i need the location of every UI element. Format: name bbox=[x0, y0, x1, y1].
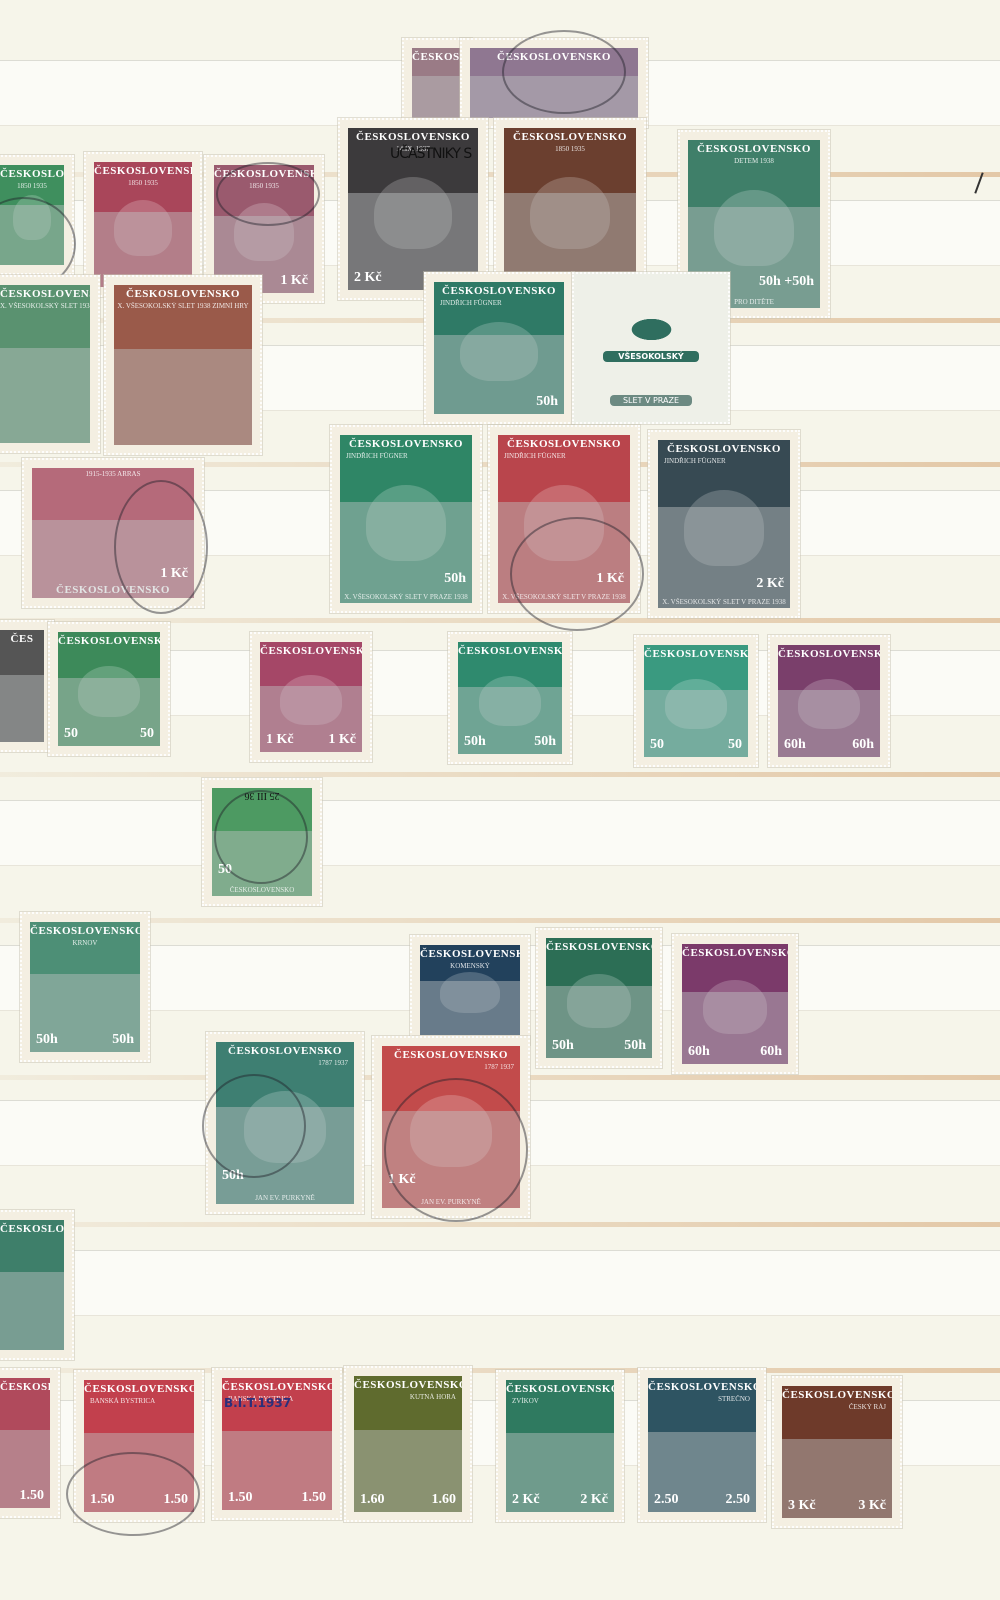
glare bbox=[0, 348, 90, 443]
stamp-country: ČESKOSLOVENSKO bbox=[340, 435, 472, 450]
stamp[interactable]: ČESKOSLOVENSKO1915-1935 ARRAS1 Kč bbox=[22, 458, 204, 608]
stamp-subtitle: X. VŠESOKOLSKÝ SLET 1938 ZIMNÍ HRY bbox=[114, 302, 252, 310]
glare bbox=[0, 1272, 64, 1350]
stamp-value: 1.50 bbox=[20, 1488, 45, 1504]
stamp-country: ČES bbox=[0, 630, 44, 645]
stamp-country: ČESKOSLOVENSKO bbox=[30, 922, 140, 937]
stamp-country: ČESKOSLOVENSKO bbox=[94, 162, 192, 177]
stamp-face: ČESKOSLOVENSKO bbox=[0, 1220, 64, 1350]
postmark-date: 25 III 36 bbox=[212, 790, 312, 801]
glare bbox=[0, 675, 44, 742]
glare bbox=[658, 507, 790, 608]
stamp-value-left: 2.50 bbox=[654, 1492, 679, 1508]
stamp-country: ČESKOSLOVENSKO bbox=[0, 1220, 64, 1235]
stamp-subtitle: 1915-1935 ARRAS bbox=[32, 470, 194, 478]
stamp-subtitle: 1850 1935 bbox=[214, 182, 314, 190]
stamp[interactable]: ČESKOSLOVENSKOX. VŠESOKOLSKÝ SLET 1938 bbox=[0, 275, 100, 453]
stamp-value: 1 Kč bbox=[280, 273, 308, 289]
stamp-country: ČESKOSLOVENSKO bbox=[214, 165, 314, 180]
stamp[interactable]: ČESKOSLOVENSKO1787 193750hJAN EV. PURKYN… bbox=[206, 1032, 364, 1214]
overprint-text: B.I.T.1937 bbox=[224, 1396, 291, 1410]
stamp-face: ČESKOSLOVENSKO1850 1935 bbox=[94, 162, 192, 287]
stamp-value: 50h bbox=[112, 1032, 134, 1048]
eagle-icon bbox=[617, 311, 686, 348]
stamp-country: ČESKOSLOVENSKO bbox=[222, 1378, 332, 1393]
stamp-country: ČESKOSLOVENSKO bbox=[504, 128, 636, 143]
glare bbox=[114, 349, 252, 445]
stamp-face: ČESKOSLOVENSKO1915-1935 ARRAS1 Kč bbox=[32, 468, 194, 598]
stamp-value: 2 Kč bbox=[756, 576, 784, 592]
stamp-value: 2.50 bbox=[726, 1492, 751, 1508]
stamp-value: 1 Kč bbox=[160, 566, 188, 582]
stamp[interactable]: ČESKOSLOVENSKOJINDŘICH FÜGNER2 KčX. VŠES… bbox=[648, 430, 800, 618]
stamp-face: ČESKOSLOVENSKOZVÍKOV2 Kč2 Kč bbox=[506, 1380, 614, 1512]
stamp-country: ČESKOSLOVENSKO bbox=[0, 1378, 50, 1393]
stamp-subtitle: ČESKÝ RÁJ bbox=[782, 1403, 892, 1411]
stamp-value: 60h bbox=[760, 1044, 782, 1060]
sokol-banner: VŠESOKOLSKÝ bbox=[603, 351, 700, 362]
stamp-face: ČESKOSLOVENSKOKRNOV50h50h bbox=[30, 922, 140, 1052]
stamp-country: ČESKOSLOVENSKO bbox=[498, 435, 630, 450]
stamp-country: ČESKOSLOVENSKO bbox=[434, 282, 564, 297]
stamp-face: ČESKOSLOVENSKO1 Kč1 Kč bbox=[260, 642, 362, 752]
stamp-country: ČESKOSLOVENSKO bbox=[658, 440, 790, 455]
glare bbox=[216, 1107, 354, 1204]
handstamp-overprint: UČASTNIKY S bbox=[390, 146, 471, 162]
glare bbox=[340, 502, 472, 603]
stamp-caption: X. VŠESOKOLSKÝ SLET V PRAZE 1938 bbox=[658, 598, 790, 606]
stamp-caption: X. VŠESOKOLSKÝ SLET V PRAZE 1938 bbox=[498, 593, 630, 601]
stamp-country: ČESKOSLOVENSKO bbox=[382, 1046, 520, 1061]
stamp-value-left: 3 Kč bbox=[788, 1498, 816, 1514]
stamp[interactable]: 25 III 3650ČESKOSLOVENSKO bbox=[202, 778, 322, 906]
stamp[interactable]: ČESKOSLOVENSKO50h50h bbox=[536, 928, 662, 1068]
stamp-value-left: 50h bbox=[464, 734, 486, 750]
stamp-face: ČESKOSLOVENSKO5050 bbox=[58, 632, 160, 746]
stamp-country: ČESKOSLOVENSKO bbox=[682, 944, 788, 959]
stamp-subtitle: 1787 1937 bbox=[216, 1059, 354, 1067]
stamp[interactable]: ČESKOSLOVENSKOJINDŘICH FÜGNER50hX. VŠESO… bbox=[330, 425, 482, 613]
stamp-value: 50h +50h bbox=[759, 274, 814, 290]
stamp-country: ČESKOSLOVENSKO bbox=[348, 128, 478, 143]
album-strip-edge bbox=[0, 1222, 1000, 1227]
stamp[interactable]: ČESKOSLOVENSKOKUTNÁ HORA1.601.60 bbox=[344, 1366, 472, 1522]
stamp-country: ČESKOSLOVENSKO bbox=[58, 632, 160, 647]
stamp[interactable]: ČESKOSLOVENSKO1850 1935 bbox=[0, 155, 74, 275]
stamp-country: ČESKOSLOVENSKO bbox=[506, 1380, 614, 1395]
stamp-value-left: 50h bbox=[36, 1032, 58, 1048]
stamp[interactable]: ČESKOSLOVENSKO1787 19371 KčJAN EV. PURKY… bbox=[372, 1036, 530, 1218]
stamp-face: ČESKOSLOVENSKO50h50h bbox=[458, 642, 562, 754]
stamp-value: 1.50 bbox=[302, 1490, 327, 1506]
stamp-subtitle: BANSKÁ BYSTRICA bbox=[84, 1397, 194, 1405]
stamp-face: ČESKOSLOVENSKO1850 1935 bbox=[504, 128, 636, 290]
stamp-subtitle: KOMENSKÝ bbox=[420, 962, 520, 970]
stamp-face: ČESKOSLOVENSKOX. VŠESOKOLSKÝ SLET 1938 Z… bbox=[114, 285, 252, 445]
stamp-value: 1 Kč bbox=[596, 571, 624, 587]
stamp[interactable]: ČESKOSLOVENSKO bbox=[460, 38, 648, 128]
stamp-value: 50h bbox=[536, 394, 558, 410]
stamp-subtitle: JINDŘICH FÜGNER bbox=[340, 452, 472, 460]
album-strip-edge bbox=[0, 772, 1000, 777]
stamp-value: 50 bbox=[218, 862, 232, 878]
stamp[interactable]: ČESKOSLOVENSKO50h50h bbox=[448, 632, 572, 764]
stamp-caption: JAN EV. PURKYNĚ bbox=[216, 1194, 354, 1202]
stamp-caption: ČESKOSLOVENSKO bbox=[212, 886, 312, 894]
stamp-subtitle: ZVÍKOV bbox=[506, 1397, 614, 1405]
stamp-value: 1.50 bbox=[164, 1492, 189, 1508]
stamp-face: ČESKOSLOVENSKOKUTNÁ HORA1.601.60 bbox=[354, 1376, 462, 1512]
stamp-face: ČESKOSLOVENSKO50h50h bbox=[546, 938, 652, 1058]
stamp-value-left: 1.60 bbox=[360, 1492, 385, 1508]
stamp-subtitle: DETEM 1938 bbox=[688, 157, 820, 165]
stamp-value: 50 bbox=[728, 737, 742, 753]
stamp[interactable]: ČESKOSLOVENSKOBANSKÁ BYSTRICA1.501.50 B.… bbox=[212, 1368, 342, 1520]
stamp-face: 25 III 3650ČESKOSLOVENSKO bbox=[212, 788, 312, 896]
glare bbox=[32, 520, 194, 598]
stamp-face: ČESKOSLOVENSKOJINDŘICH FÜGNER1 KčX. VŠES… bbox=[498, 435, 630, 603]
stamp-face: ČESKOSLOVENSKOSTREČNO2.502.50 bbox=[648, 1378, 756, 1512]
glare bbox=[382, 1111, 520, 1208]
slet-banner: SLET V PRAZE bbox=[610, 395, 693, 406]
album-strip-edge bbox=[0, 918, 1000, 923]
stamp-country: ČESKOSLOVENSKO bbox=[420, 945, 520, 960]
stamp-value: 3 Kč bbox=[858, 1498, 886, 1514]
stamp-value: 2 Kč bbox=[354, 270, 382, 286]
stamp[interactable]: ČESKOSLOVENSKOX. VŠESOKOLSKÝ SLET 1938 Z… bbox=[104, 275, 262, 455]
stamp-value: 60h bbox=[852, 737, 874, 753]
glare bbox=[420, 981, 520, 1035]
stamp-subtitle: X. VŠESOKOLSKÝ SLET 1938 bbox=[0, 302, 90, 310]
stamp-face: ČESKOSLOVENSKOX. VŠESOKOLSKÝ SLET 1938 bbox=[0, 285, 90, 443]
stamp-value: 50h bbox=[222, 1168, 244, 1184]
stamp[interactable]: ČESKOSLOVENSKOZVÍKOV2 Kč2 Kč bbox=[496, 1370, 624, 1522]
album-strip bbox=[0, 800, 1000, 866]
stamp[interactable]: ČESKOSLOVENSKOJINDŘICH FÜGNER1 KčX. VŠES… bbox=[488, 425, 640, 613]
stamp-face: ČESKOSLOVENSKOJINDŘICH FÜGNER50h bbox=[434, 282, 564, 414]
stamp-subtitle: KUTNÁ HORA bbox=[354, 1393, 462, 1401]
stamp-value-left: 50 bbox=[650, 737, 664, 753]
stamp-value-left: 60h bbox=[784, 737, 806, 753]
stamp[interactable]: ČESKOSLOVENSKO60h60h bbox=[672, 934, 798, 1074]
stamp-face: ČESKOSLOVENSKOČESKÝ RÁJ3 Kč3 Kč bbox=[782, 1386, 892, 1518]
stamp[interactable]: ČES bbox=[0, 620, 54, 752]
stamp[interactable]: ČESKOSLOVENSKO5050 bbox=[48, 622, 170, 756]
stamp-value-left: 50h bbox=[552, 1038, 574, 1054]
stamp-country: ČESKOSLOVENSKO bbox=[354, 1376, 462, 1391]
stamp-country: ČESKOSLOVENSKO bbox=[470, 48, 638, 63]
stamp-value: 1 Kč bbox=[388, 1172, 416, 1188]
stamp-face: ČESKOSLOVENSKO1850 1935 bbox=[0, 165, 64, 265]
stamp-face: ČESKOSLOVENSKO1787 193750hJAN EV. PURKYN… bbox=[216, 1042, 354, 1204]
stamp[interactable]: ČESKOSLOVENSKOSTREČNO2.502.50 bbox=[638, 1368, 766, 1522]
stamp[interactable]: ČESKOSLOVENSKO60h60h bbox=[768, 635, 890, 767]
stamp-country: ČESKOSLOVENSKO bbox=[0, 285, 90, 300]
stamp-face: ČESKOSLOVENSKOBANSKÁ BYSTRICA1.501.50 bbox=[84, 1380, 194, 1512]
stamp-face: ČESKOSLOVENSKO60h60h bbox=[682, 944, 788, 1064]
stamp-value: 2 Kč bbox=[580, 1492, 608, 1508]
stamp-subtitle: JINDŘICH FÜGNER bbox=[498, 452, 630, 460]
stamp-face: ČESKOSLOVENSKO bbox=[412, 48, 462, 118]
glare bbox=[498, 502, 630, 603]
album-strip bbox=[0, 1250, 1000, 1316]
glare bbox=[0, 205, 64, 265]
stamp-face: ČESKOSLOVENSKO1787 19371 KčJAN EV. PURKY… bbox=[382, 1046, 520, 1208]
stamp[interactable]: ČESKOSLOVENSKOKOMENSKÝ bbox=[410, 935, 530, 1045]
stamp-country: ČESKOSLOVENSKO bbox=[688, 140, 820, 155]
stamp-face: ČES bbox=[0, 630, 44, 742]
stamp-country: ČESKOSLOVENSKO bbox=[546, 938, 652, 953]
stamp-value: 50h bbox=[624, 1038, 646, 1054]
stamp-country: ČESKOSLOVENSKO bbox=[644, 645, 748, 660]
stamp-country: ČESKOSLOVENSKO bbox=[648, 1378, 756, 1393]
stamp-caption: X. VŠESOKOLSKÝ SLET V PRAZE 1938 bbox=[340, 593, 472, 601]
stamp[interactable]: ČESKOSLOVENSKOJINDŘICH FÜGNER50h bbox=[424, 272, 574, 424]
stamp-country: ČESKOSLOVENSKO bbox=[84, 1380, 194, 1395]
stamp-subtitle: 1850 1935 bbox=[504, 145, 636, 153]
stamp[interactable]: ČESKOSLOVENSKOKRNOV50h50h bbox=[20, 912, 150, 1062]
stamp-subtitle: JINDŘICH FÜGNER bbox=[658, 457, 790, 465]
glare bbox=[412, 76, 462, 118]
stamp-face: ČESKOSLOVENSKOJINDŘICH FÜGNER50hX. VŠESO… bbox=[340, 435, 472, 603]
stamp-country: ČESKOSLOVENSKO bbox=[778, 645, 880, 660]
stamp-subtitle: 1787 1937 bbox=[382, 1063, 520, 1071]
stamp-value-left: 2 Kč bbox=[512, 1492, 540, 1508]
stamp[interactable]: ČESKOSLOVENSKO1.50 bbox=[0, 1368, 60, 1518]
stamp-caption: JAN EV. PURKYNĚ bbox=[382, 1198, 520, 1206]
stamp-face: VŠESOKOLSKÝ SLET V PRAZE bbox=[582, 282, 720, 414]
stamp-value: 1 Kč bbox=[328, 732, 356, 748]
stamp-country: ČESKOSLOVENSKO bbox=[114, 285, 252, 300]
stamp-value-left: 1 Kč bbox=[266, 732, 294, 748]
stamp-label-tab[interactable]: VŠESOKOLSKÝ SLET V PRAZE bbox=[572, 272, 730, 424]
stamp-country: ČESKOSLOVENSKO bbox=[412, 48, 462, 63]
stamp-subtitle: KRNOV bbox=[30, 939, 140, 947]
stamp[interactable]: ČESKOSLOVENSKOČESKÝ RÁJ3 Kč3 Kč bbox=[772, 1376, 902, 1528]
stamp-value: 50 bbox=[140, 726, 154, 742]
stamp-face: ČESKOSLOVENSKO5050 bbox=[644, 645, 748, 757]
stamp[interactable]: ČESKOSLOVENSKO1 Kč1 Kč bbox=[250, 632, 372, 762]
stamp-country: ČESKOSLOVENSKO bbox=[782, 1386, 892, 1401]
stamp-country: ČESKOSLOVENSKO bbox=[0, 165, 64, 180]
stamp-value-left: 1.50 bbox=[90, 1492, 115, 1508]
stamp-country: ČESKOSLOVENSKO bbox=[458, 642, 562, 657]
stamp-country: ČESKOSLOVENSKO bbox=[216, 1042, 354, 1057]
stamp-value: 50h bbox=[534, 734, 556, 750]
stamp-subtitle: JINDŘICH FÜGNER bbox=[434, 299, 564, 307]
stamp-value-left: 1.50 bbox=[228, 1490, 253, 1506]
stamp-face: ČESKOSLOVENSKO60h60h bbox=[778, 645, 880, 757]
glare bbox=[470, 76, 638, 118]
stamp-face: ČESKOSLOVENSKO1850 19351 Kč bbox=[214, 165, 314, 293]
stamp-value: 1.60 bbox=[432, 1492, 457, 1508]
stamp-subtitle: STREČNO bbox=[648, 1395, 756, 1403]
stamp-face: ČESKOSLOVENSKO bbox=[470, 48, 638, 118]
stamp-value-left: 50 bbox=[64, 726, 78, 742]
stamp-subtitle: 1850 1935 bbox=[0, 182, 64, 190]
stamp-face: ČESKOSLOVENSKOJINDŘICH FÜGNER2 KčX. VŠES… bbox=[658, 440, 790, 608]
stamp[interactable]: ČESKOSLOVENSKO bbox=[0, 1210, 74, 1360]
stamp-value: 50h bbox=[444, 571, 466, 587]
stamp-country: ČESKOSLOVENSKO bbox=[260, 642, 362, 657]
stamp-face: ČESKOSLOVENSKO1.50 bbox=[0, 1378, 50, 1508]
stamp[interactable]: ČESKOSLOVENSKOBANSKÁ BYSTRICA1.501.50 bbox=[74, 1370, 204, 1522]
stamp-value-left: 60h bbox=[688, 1044, 710, 1060]
stamp[interactable]: ČESKOSLOVENSKO5050 bbox=[634, 635, 758, 767]
stamp-face: ČESKOSLOVENSKOKOMENSKÝ bbox=[420, 945, 520, 1035]
stamp-subtitle: 1850 1935 bbox=[94, 179, 192, 187]
